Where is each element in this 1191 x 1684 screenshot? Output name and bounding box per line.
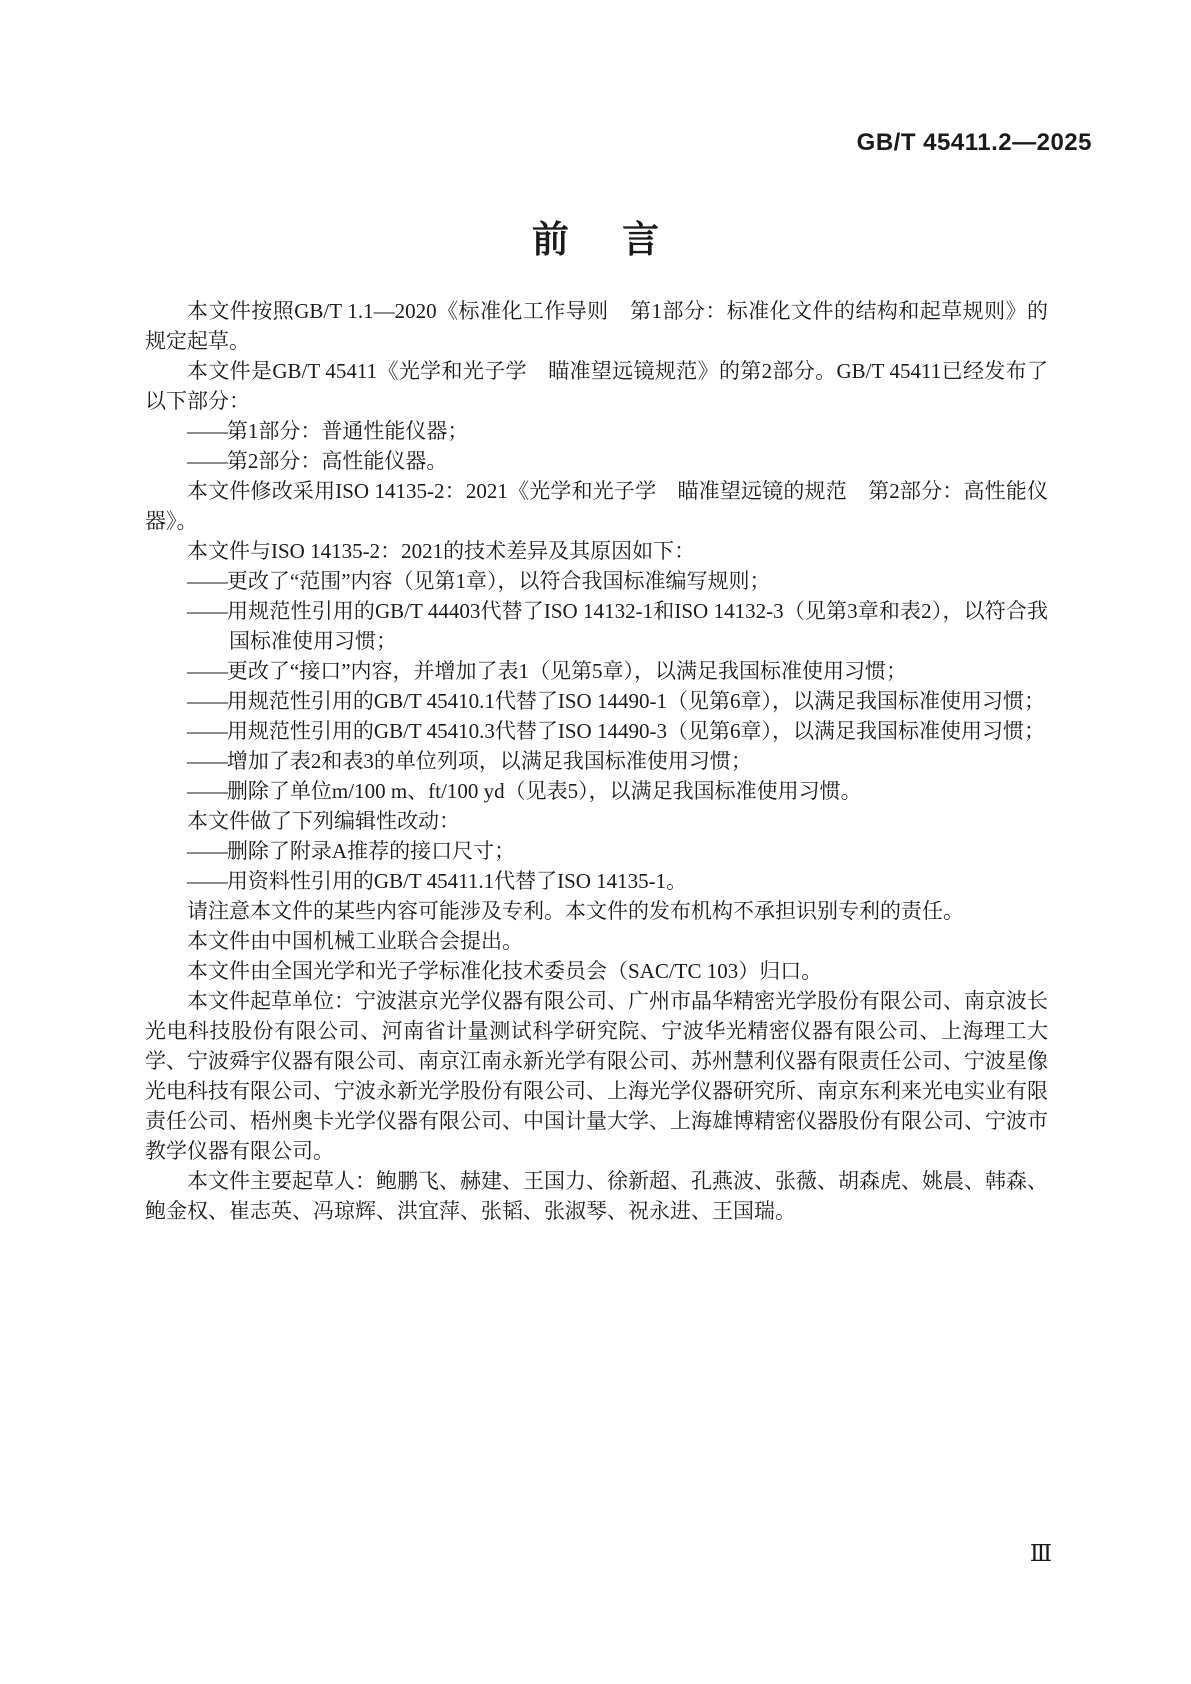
list-item: ——更改了“范围”内容（见第1章），以符合我国标准编写规则；	[187, 566, 1048, 596]
list-item: ——更改了“接口”内容，并增加了表1（见第5章），以满足我国标准使用习惯；	[187, 656, 1048, 686]
paragraph: 本文件与ISO 14135-2：2021的技术差异及其原因如下：	[145, 536, 1048, 566]
em-dash: ——	[187, 449, 227, 473]
em-dash: ——	[187, 569, 227, 593]
list-item: ——删除了附录A推荐的接口尺寸；	[187, 836, 1048, 866]
list-item: ——第1部分：普通性能仪器；	[187, 416, 1048, 446]
standard-number: GB/T 45411.2—2025	[857, 129, 1092, 157]
paragraph: 本文件由中国机械工业联合会提出。	[145, 926, 1048, 956]
list-item: ——用规范性引用的GB/T 45410.3代替了ISO 14490-3（见第6章…	[187, 716, 1048, 746]
paragraph: 本文件由全国光学和光子学标准化技术委员会（SAC/TC 103）归口。	[145, 956, 1048, 986]
paragraph: 请注意本文件的某些内容可能涉及专利。本文件的发布机构不承担识别专利的责任。	[145, 896, 1048, 926]
list-item: ——删除了单位m/100 m、ft/100 yd（见表5），以满足我国标准使用习…	[187, 776, 1048, 806]
document-page: GB/T 45411.2—2025 前 言 本文件按照GB/T 1.1—2020…	[0, 0, 1191, 1684]
em-dash: ——	[187, 779, 227, 803]
list-item: ——用规范性引用的GB/T 44403代替了ISO 14132-1和ISO 14…	[187, 596, 1048, 656]
paragraph: 本文件主要起草人：鲍鹏飞、赫建、王国力、徐新超、孔燕波、张薇、胡森虎、姚晨、韩森…	[145, 1166, 1048, 1226]
em-dash: ——	[187, 839, 227, 863]
list-item: ——用资料性引用的GB/T 45411.1代替了ISO 14135-1。	[187, 866, 1048, 896]
paragraph: 本文件是GB/T 45411《光学和光子学 瞄准望远镜规范》的第2部分。GB/T…	[145, 356, 1048, 416]
list-item: ——增加了表2和表3的单位列项，以满足我国标准使用习惯；	[187, 746, 1048, 776]
list-item: ——第2部分：高性能仪器。	[187, 446, 1048, 476]
em-dash: ——	[187, 659, 227, 683]
foreword-body: 本文件按照GB/T 1.1—2020《标准化工作导则 第1部分：标准化文件的结构…	[145, 296, 1048, 1226]
em-dash: ——	[187, 689, 227, 713]
paragraph: 本文件做了下列编辑性改动：	[145, 806, 1048, 836]
paragraph: 本文件按照GB/T 1.1—2020《标准化工作导则 第1部分：标准化文件的结构…	[145, 296, 1048, 356]
page-number: Ⅲ	[1030, 1541, 1052, 1567]
page-title: 前 言	[0, 209, 1191, 263]
em-dash: ——	[187, 419, 227, 443]
em-dash: ——	[187, 869, 227, 893]
em-dash: ——	[187, 719, 227, 743]
em-dash: ——	[187, 749, 227, 773]
list-item: ——用规范性引用的GB/T 45410.1代替了ISO 14490-1（见第6章…	[187, 686, 1048, 716]
em-dash: ——	[187, 599, 227, 623]
paragraph: 本文件起草单位：宁波湛京光学仪器有限公司、广州市晶华精密光学股份有限公司、南京波…	[145, 986, 1048, 1166]
paragraph: 本文件修改采用ISO 14135-2：2021《光学和光子学 瞄准望远镜的规范 …	[145, 476, 1048, 536]
